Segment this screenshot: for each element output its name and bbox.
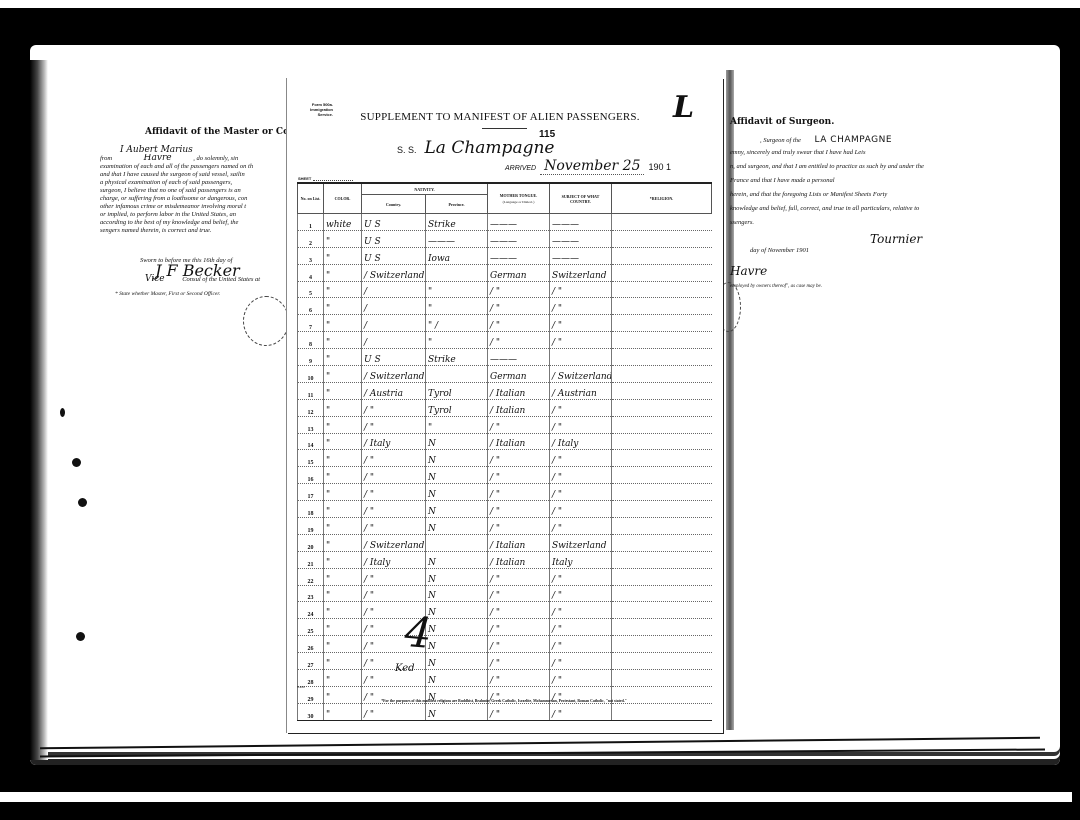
affidavit-line: charge, or suffering from a loathsome or… <box>100 195 290 203</box>
cell-province <box>426 366 488 383</box>
cell-religion <box>612 636 712 653</box>
cell-province: N <box>426 467 488 484</box>
affidavit-line: emny, sincerely and truly swear that I h… <box>730 149 970 157</box>
cell-no: 23 <box>298 585 324 602</box>
cell-color: " <box>324 264 362 281</box>
cell-province: N <box>426 551 488 568</box>
cell-country: / <box>362 298 426 315</box>
cell-tongue: / Italian <box>488 534 550 551</box>
affidavit-line: surgeon, I believe that no one of said p… <box>100 187 290 195</box>
table-row: 4"/ SwitzerlandGermanSwitzerland <box>298 264 712 281</box>
cell-religion <box>612 349 712 366</box>
cell-no: 28 <box>298 670 324 687</box>
table-row: 23"/ "N/ "/ " <box>298 585 712 602</box>
cell-color: " <box>324 602 362 619</box>
affidavit-line: , do solemnly, sin <box>193 155 238 162</box>
cell-tongue: / " <box>488 501 550 518</box>
cell-subject: / " <box>550 315 612 332</box>
cell-tongue: / Italian <box>488 399 550 416</box>
cell-religion <box>612 315 712 332</box>
surgeon-affidavit-title: Affidavit of Surgeon. <box>730 118 970 126</box>
cell-tongue: ——— <box>488 349 550 366</box>
cell-tongue: / " <box>488 602 550 619</box>
cell-color: " <box>324 230 362 247</box>
table-row: 24"/ "N/ "/ " <box>298 602 712 619</box>
cell-color: " <box>324 315 362 332</box>
cell-no: 15 <box>298 450 324 467</box>
cell-religion <box>612 551 712 568</box>
cell-tongue: / " <box>488 416 550 433</box>
col-nativity: NATIVITY. <box>362 183 488 195</box>
cell-province: Iowa <box>426 247 488 264</box>
cell-country: / " <box>362 585 426 602</box>
cell-color: " <box>324 534 362 551</box>
cell-no: 24 <box>298 602 324 619</box>
table-row: 6"/"/ "/ " <box>298 298 712 315</box>
sheet-rule <box>313 180 353 181</box>
cell-subject: Italy <box>550 551 612 568</box>
cell-tongue: / " <box>488 281 550 298</box>
cell-subject: / Italy <box>550 433 612 450</box>
cell-country: / Switzerland <box>362 534 426 551</box>
cell-country: U S <box>362 349 426 366</box>
cell-province <box>426 264 488 281</box>
cell-no: 6 <box>298 298 324 315</box>
arrival-line: ARRIVED November 25 190 1 <box>505 157 671 175</box>
cell-no: 22 <box>298 568 324 585</box>
cell-country: / Italy <box>362 433 426 450</box>
affidavit-line: examination of each and all of the passe… <box>100 163 290 171</box>
check-annotation: 4 <box>403 607 434 658</box>
cell-tongue: / " <box>488 703 550 720</box>
cell-subject: / " <box>550 602 612 619</box>
vice-label: Vice <box>145 274 165 284</box>
cell-province: " <box>426 281 488 298</box>
cell-religion <box>612 585 712 602</box>
cell-province: " <box>426 416 488 433</box>
consul-label: Consul of the United States at <box>182 276 260 283</box>
arrived-year: 190 1 <box>648 162 671 172</box>
cell-province: N <box>426 653 488 670</box>
col-mother-tongue: MOTHER TONGUE. (Language or Dialect.) <box>488 183 550 214</box>
affidavit-line: n, and surgeon, and that I am entitled t… <box>730 163 970 171</box>
table-row: 20"/ Switzerland/ ItalianSwitzerland <box>298 534 712 551</box>
table-row: 12"/ "Tyrol/ Italian/ " <box>298 399 712 416</box>
place-signed: Havre <box>730 267 970 275</box>
cell-province: N <box>426 433 488 450</box>
cell-color: " <box>324 653 362 670</box>
from-label: from <box>100 155 112 162</box>
table-row: 2"U S————————— <box>298 230 712 247</box>
cell-religion <box>612 281 712 298</box>
master-affidavit-title: Affidavit of the Master or Comma <box>145 128 290 136</box>
cell-religion <box>612 484 712 501</box>
cell-subject: / " <box>550 619 612 636</box>
arrived-date: November 25 <box>540 158 644 175</box>
cell-province: N <box>426 501 488 518</box>
cell-color: " <box>324 551 362 568</box>
table-row: 9"U SStrike——— <box>298 349 712 366</box>
cell-tongue: ——— <box>488 230 550 247</box>
cell-tongue: / " <box>488 636 550 653</box>
arrived-label: ARRIVED <box>505 165 536 172</box>
cell-country: / " <box>362 518 426 535</box>
cell-subject: ——— <box>550 214 612 231</box>
initials-annotation: Ked <box>395 663 415 674</box>
cell-religion <box>612 433 712 450</box>
cell-country: / Austria <box>362 382 426 399</box>
ship-name: La Champagne <box>425 138 555 158</box>
cell-no: 30 <box>298 703 324 720</box>
cell-subject: / " <box>550 636 612 653</box>
table-row: 8"/"/ "/ " <box>298 332 712 349</box>
table-row: 19"/ "N/ "/ " <box>298 518 712 535</box>
cell-religion <box>612 534 712 551</box>
cell-no: 8 <box>298 332 324 349</box>
cell-religion <box>612 703 712 720</box>
cell-subject: ——— <box>550 247 612 264</box>
cell-province: N <box>426 585 488 602</box>
cell-color: " <box>324 568 362 585</box>
sheet-label: SHEET <box>298 176 311 181</box>
surgeon-of-label: , Surgeon of the <box>760 137 801 144</box>
master-affidavit: Affidavit of the Master or Comma I Auber… <box>100 128 290 298</box>
cell-tongue: ——— <box>488 247 550 264</box>
cell-religion <box>612 247 712 264</box>
affidavit-line: France and that I have made a personal <box>730 177 970 185</box>
surgeon-signature: Tournier <box>870 235 970 243</box>
cell-color: " <box>324 585 362 602</box>
cell-tongue: / Italian <box>488 551 550 568</box>
cell-color: " <box>324 670 362 687</box>
cell-no: 9 <box>298 349 324 366</box>
cell-province: N <box>426 602 488 619</box>
cell-country: U S <box>362 247 426 264</box>
cell-no: 26 <box>298 636 324 653</box>
cell-religion <box>612 450 712 467</box>
cell-province: N <box>426 484 488 501</box>
cell-country: / " <box>362 501 426 518</box>
cell-province: N <box>426 703 488 720</box>
cell-country: / Switzerland <box>362 366 426 383</box>
cell-country: U S <box>362 230 426 247</box>
from-port: Havre <box>144 154 172 163</box>
table-row: 28"/ "N/ "/ " <box>298 670 712 687</box>
scan-top-band <box>0 8 1080 12</box>
consul-seal <box>243 296 289 346</box>
cell-subject: / " <box>550 450 612 467</box>
cell-subject: / " <box>550 298 612 315</box>
cell-province: N <box>426 518 488 535</box>
surgeon-footnote: employed by owners thereof", as case may… <box>730 283 970 291</box>
manifest-title: SUPPLEMENT TO MANIFEST OF ALIEN PASSENGE… <box>287 111 713 123</box>
table-row: 13"/ ""/ "/ " <box>298 416 712 433</box>
cell-religion <box>612 230 712 247</box>
cell-province: N <box>426 568 488 585</box>
day-line: day of November 1901 <box>750 247 970 255</box>
cell-religion <box>612 518 712 535</box>
cell-province: " <box>426 298 488 315</box>
col-country: Country. <box>362 195 426 214</box>
binding-hole <box>76 632 85 641</box>
cell-religion <box>612 653 712 670</box>
table-row: 25"/ "N/ "/ " <box>298 619 712 636</box>
col-province: Province. <box>426 195 488 214</box>
cell-color: " <box>324 366 362 383</box>
cell-province: " / <box>426 315 488 332</box>
cell-subject: / " <box>550 568 612 585</box>
binding-hole <box>78 498 87 507</box>
cell-country: / <box>362 315 426 332</box>
cell-no: 5 <box>298 281 324 298</box>
cell-religion <box>612 399 712 416</box>
cell-color: " <box>324 467 362 484</box>
cell-country: / Italy <box>362 551 426 568</box>
cell-subject: / " <box>550 416 612 433</box>
cell-religion <box>612 467 712 484</box>
cell-no: 7 <box>298 315 324 332</box>
cell-subject: / " <box>550 518 612 535</box>
table-row: 18"/ "N/ "/ " <box>298 501 712 518</box>
cell-subject: / Austrian <box>550 382 612 399</box>
cell-tongue: / " <box>488 298 550 315</box>
cell-tongue: / " <box>488 568 550 585</box>
cell-color: " <box>324 501 362 518</box>
table-row: 16"/ "N/ "/ " <box>298 467 712 484</box>
cell-province: Strike <box>426 349 488 366</box>
binding-hole <box>60 408 65 417</box>
consul-signature: J F Becker <box>155 267 290 275</box>
book-left-edge <box>30 60 48 760</box>
cell-religion <box>612 416 712 433</box>
title-rule <box>482 128 527 129</box>
table-row: 22"/ "N/ "/ " <box>298 568 712 585</box>
cell-country: / " <box>362 568 426 585</box>
cell-no: 12 <box>298 399 324 416</box>
cell-subject <box>550 349 612 366</box>
surgeon-affidavit: Affidavit of Surgeon. , Surgeon of the L… <box>730 118 970 291</box>
table-row: 7"/" // "/ " <box>298 315 712 332</box>
cell-color: " <box>324 433 362 450</box>
table-row: 21"/ ItalyN/ ItalianItaly <box>298 551 712 568</box>
cell-country: / <box>362 332 426 349</box>
cell-tongue: ——— <box>488 214 550 231</box>
affidavit-line: sengers named therein, is correct and tr… <box>100 227 290 235</box>
cell-subject: / " <box>550 585 612 602</box>
table-row: 15"/ "N/ "/ " <box>298 450 712 467</box>
cell-province: N <box>426 450 488 467</box>
cell-color: " <box>324 247 362 264</box>
cell-tongue: / " <box>488 619 550 636</box>
cell-no: 19 <box>298 518 324 535</box>
cell-no: 4 <box>298 264 324 281</box>
cell-country: / " <box>362 399 426 416</box>
cell-no: 27 <box>298 653 324 670</box>
affidavit-line: or implied, to perform labor in the Unit… <box>100 211 290 219</box>
cell-color: " <box>324 636 362 653</box>
cell-province: N <box>426 636 488 653</box>
cell-subject: / " <box>550 653 612 670</box>
surgeon-ship-name: LA CHAMPAGNE <box>815 135 892 145</box>
ship-line: S. S. La Champagne <box>397 138 554 158</box>
table-row: 30"/ "N/ "/ " <box>298 703 712 720</box>
cell-tongue: / " <box>488 670 550 687</box>
affidavit-line: other infamous crime or misdemeanor invo… <box>100 203 290 211</box>
cell-tongue: / " <box>488 467 550 484</box>
cell-no: 2 <box>298 230 324 247</box>
affidavit-line: herein, and that the foregoing Lists or … <box>730 191 970 199</box>
cell-tongue: / " <box>488 484 550 501</box>
affidavit-line: a physical examination of each of said p… <box>100 179 290 187</box>
cell-country: / " <box>362 467 426 484</box>
cell-country: / " <box>362 484 426 501</box>
cell-tongue: / Italian <box>488 433 550 450</box>
cell-province <box>426 534 488 551</box>
affidavit-line: ssengers. <box>730 219 970 227</box>
table-row: 3"U SIowa—————— <box>298 247 712 264</box>
cell-no: 25 <box>298 619 324 636</box>
cell-color: " <box>324 382 362 399</box>
cell-no: 20 <box>298 534 324 551</box>
cell-subject: / " <box>550 281 612 298</box>
cell-subject: Switzerland <box>550 264 612 281</box>
cell-subject: Switzerland <box>550 534 612 551</box>
cell-no: 10 <box>298 366 324 383</box>
cell-province: Tyrol <box>426 382 488 399</box>
cell-subject: / " <box>550 467 612 484</box>
manifest-sheet: Form 500a. Immigration Service. L SUPPLE… <box>287 78 723 733</box>
cell-religion <box>612 264 712 281</box>
cell-no: 17 <box>298 484 324 501</box>
cell-no: 18 <box>298 501 324 518</box>
affidavit-line: knowledge and belief, full, correct, and… <box>730 205 970 213</box>
cell-tongue: / " <box>488 450 550 467</box>
cell-tongue: / " <box>488 653 550 670</box>
cell-religion <box>612 382 712 399</box>
col-religion: *RELIGION. <box>612 183 712 214</box>
cell-color: " <box>324 703 362 720</box>
passenger-table: No. on List. COLOR. NATIVITY. MOTHER TON… <box>297 182 712 721</box>
affidavit-line: and that I have caused the surgeon of sa… <box>100 171 290 179</box>
cell-color: " <box>324 349 362 366</box>
table-row: 17"/ "N/ "/ " <box>298 484 712 501</box>
cell-subject: / " <box>550 332 612 349</box>
religion-footnote: *For the purposes of this manifest relig… <box>297 699 711 703</box>
cell-color: " <box>324 518 362 535</box>
cell-religion <box>612 332 712 349</box>
cell-country: / Switzerland <box>362 264 426 281</box>
page-tab <box>190 45 280 59</box>
table-row: 26"/ "N/ "/ " <box>298 636 712 653</box>
cell-tongue: German <box>488 366 550 383</box>
cell-tongue: / Italian <box>488 382 550 399</box>
col-color: COLOR. <box>324 183 362 214</box>
cell-province: N <box>426 619 488 636</box>
cell-color: " <box>324 484 362 501</box>
cell-religion <box>612 670 712 687</box>
cell-color: " <box>324 399 362 416</box>
cell-tongue: / " <box>488 315 550 332</box>
cell-tongue: / " <box>488 332 550 349</box>
cell-country: / " <box>362 416 426 433</box>
ss-label: S. S. <box>397 145 417 155</box>
cell-province: N <box>426 670 488 687</box>
cell-no: 21 <box>298 551 324 568</box>
cell-country: / " <box>362 450 426 467</box>
cell-subject: / Switzerland <box>550 366 612 383</box>
cell-no: 13 <box>298 416 324 433</box>
cell-no: 16 <box>298 467 324 484</box>
mother-tongue-label: MOTHER TONGUE. <box>500 193 537 198</box>
cell-tongue: / " <box>488 518 550 535</box>
cell-religion <box>612 366 712 383</box>
cell-country: / " <box>362 670 426 687</box>
cell-religion <box>612 501 712 518</box>
table-row: 10"/ SwitzerlandGerman/ Switzerland <box>298 366 712 383</box>
cell-color: white <box>324 214 362 231</box>
cell-no: 1 <box>298 214 324 231</box>
cell-no: 14 <box>298 433 324 450</box>
cell-subject: / " <box>550 399 612 416</box>
cell-no: 3 <box>298 247 324 264</box>
affidavit-line: according to the best of my knowledge an… <box>100 219 290 227</box>
mother-tongue-sub: (Language or Dialect.) <box>489 200 548 205</box>
cell-color: " <box>324 281 362 298</box>
table-row: 1whiteU SStrike—————— <box>298 214 712 231</box>
cell-tongue: German <box>488 264 550 281</box>
form-code: 5-200 <box>297 685 305 689</box>
cell-province: Tyrol <box>426 399 488 416</box>
cell-color: " <box>324 298 362 315</box>
cell-country: U S <box>362 214 426 231</box>
cell-subject: / " <box>550 670 612 687</box>
table-row: 27"/ "N/ "/ " <box>298 653 712 670</box>
cell-color: " <box>324 619 362 636</box>
cell-color: " <box>324 450 362 467</box>
col-subject-of: SUBJECT OF WHAT COUNTRY. <box>550 183 612 214</box>
table-row: 5"/"/ "/ " <box>298 281 712 298</box>
cell-country: / " <box>362 703 426 720</box>
cell-subject: / " <box>550 484 612 501</box>
cell-religion <box>612 298 712 315</box>
cell-province: ——— <box>426 230 488 247</box>
col-no: No. on List. <box>298 183 324 214</box>
cell-subject: / " <box>550 703 612 720</box>
cell-tongue: / " <box>488 585 550 602</box>
cell-country: / <box>362 281 426 298</box>
scan-bottom-band <box>0 792 1072 802</box>
table-row: 14"/ ItalyN/ Italian/ Italy <box>298 433 712 450</box>
cell-color: " <box>324 416 362 433</box>
cell-province: Strike <box>426 214 488 231</box>
cell-no: 11 <box>298 382 324 399</box>
cell-color: " <box>324 332 362 349</box>
binding-hole <box>72 458 81 467</box>
cell-religion <box>612 214 712 231</box>
cell-religion <box>612 568 712 585</box>
cell-subject: / " <box>550 501 612 518</box>
cell-subject: ——— <box>550 230 612 247</box>
table-row: 11"/ AustriaTyrol/ Italian/ Austrian <box>298 382 712 399</box>
cell-religion <box>612 619 712 636</box>
cell-religion <box>612 602 712 619</box>
master-name: I Aubert Marius <box>120 146 290 154</box>
scan-top-edge <box>0 0 1080 8</box>
cell-province: " <box>426 332 488 349</box>
